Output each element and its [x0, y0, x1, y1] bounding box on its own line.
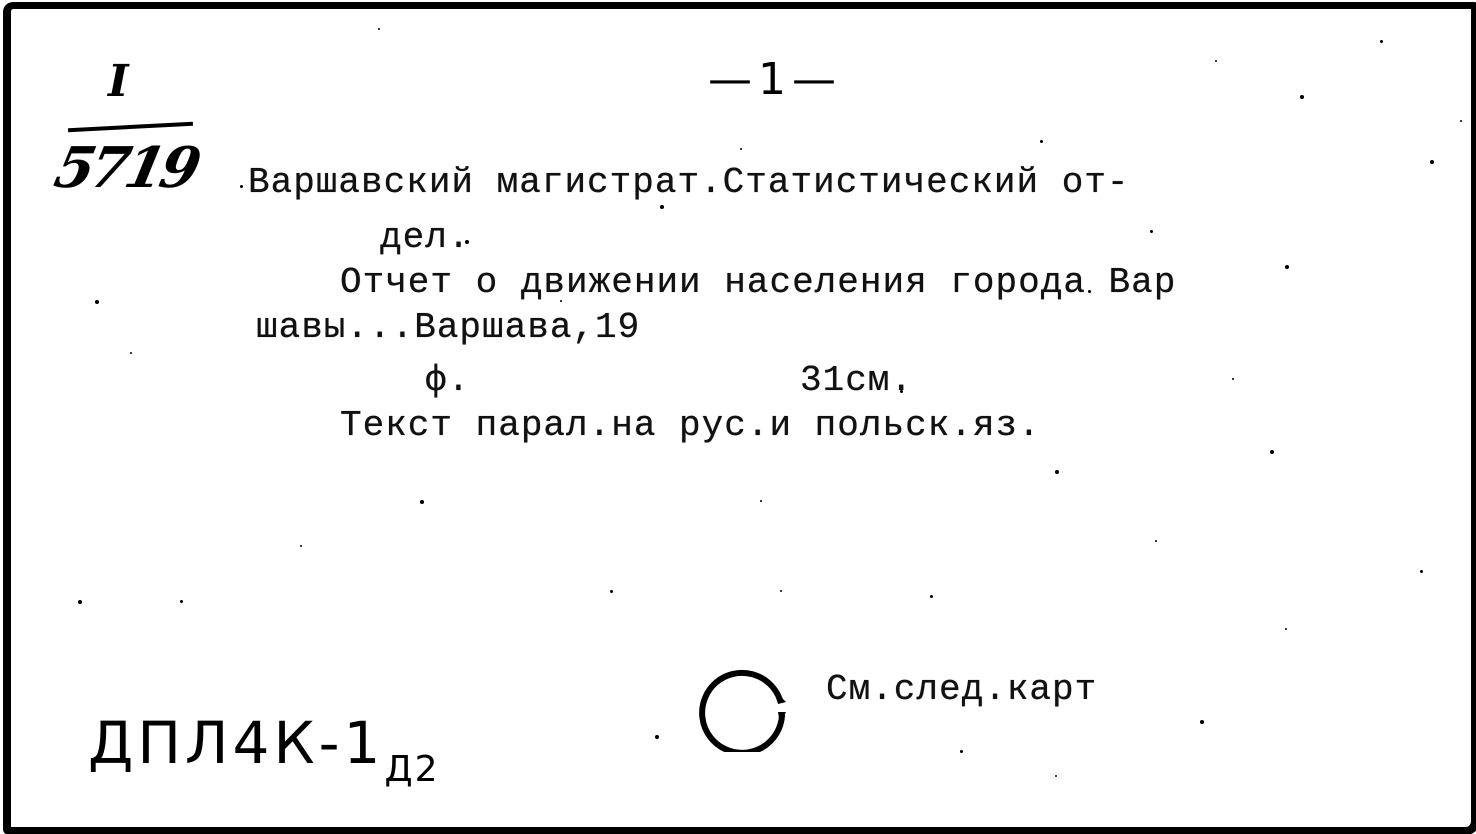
heading-line-1: Варшавский магистрат.Статистический от-	[248, 165, 1130, 201]
scan-speck	[200, 730, 203, 733]
scan-speck	[900, 390, 903, 393]
title-line-1: Отчет о движении населения города Вар	[340, 265, 1176, 301]
scan-speck	[1232, 378, 1234, 380]
scan-speck	[1055, 470, 1059, 474]
scan-speck	[1150, 230, 1153, 233]
scan-speck	[1420, 570, 1423, 573]
call-number-subscript: Д2	[384, 749, 439, 790]
shelf-mark-divider	[68, 122, 193, 133]
title-line-2: шавы...Варшава,19	[256, 310, 640, 346]
circle-arrow-icon	[694, 660, 786, 752]
scan-speck	[1200, 720, 1204, 724]
scan-speck	[78, 600, 82, 604]
scan-speck	[1285, 265, 1289, 269]
language-note: Текст парал.на рус.и польск.яз.	[340, 408, 1041, 444]
heading-line-2: дел.	[380, 220, 470, 256]
scan-speck	[760, 500, 762, 502]
scan-speck	[130, 352, 132, 354]
scan-speck	[1270, 450, 1274, 454]
scan-speck	[465, 240, 469, 244]
scan-speck	[930, 595, 933, 598]
scan-speck	[780, 590, 782, 592]
scan-speck	[1155, 540, 1157, 542]
scan-speck	[1430, 160, 1434, 164]
scan-speck	[1215, 60, 1217, 62]
scan-speck	[240, 185, 243, 188]
shelf-mark: I 5719	[60, 60, 190, 200]
page-number: —1—	[708, 58, 842, 102]
scan-speck	[95, 300, 99, 304]
see-next-label: См.след.карт	[826, 672, 1097, 708]
scan-speck	[1040, 140, 1043, 143]
call-number-main: ДПЛ4К-1	[88, 709, 384, 777]
scan-speck	[1460, 120, 1462, 122]
scan-speck	[1380, 40, 1383, 43]
scan-speck	[960, 750, 963, 753]
scan-speck	[740, 148, 742, 150]
collation-size: 31см.	[800, 363, 913, 399]
scan-speck	[610, 590, 613, 593]
scan-speck	[1055, 775, 1057, 777]
scan-speck	[420, 500, 424, 504]
scan-speck	[660, 205, 664, 209]
scan-speck	[655, 735, 659, 739]
shelf-mark-bottom: 5719	[50, 140, 202, 196]
call-number: ДПЛ4К-1Д2	[88, 714, 439, 788]
scan-speck	[378, 28, 380, 30]
scan-speck	[1088, 290, 1091, 293]
scan-speck	[1285, 628, 1287, 630]
collation-pages: ф.	[425, 363, 470, 399]
scan-speck	[300, 545, 302, 547]
scan-speck	[180, 600, 183, 603]
shelf-mark-top: I	[108, 60, 129, 104]
scan-speck	[1300, 95, 1304, 99]
scan-speck	[560, 300, 562, 302]
